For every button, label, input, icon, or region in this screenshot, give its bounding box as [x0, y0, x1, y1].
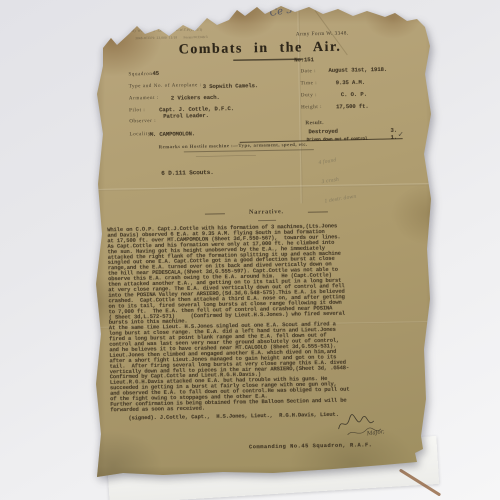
- pencil-note: 4 found: [318, 155, 351, 166]
- check-mark: ✓: [397, 130, 403, 139]
- document-paper-wrap: (3 39 38) W3848-778 1,000 8/18 C.W.T.P.(…: [93, 4, 440, 478]
- narrative-text: While on C.O.P. Capt.J.Cottle with his f…: [107, 222, 434, 413]
- field-value-height: 17,500 ft.: [336, 104, 369, 111]
- field-value-duty: C. O. P.: [341, 92, 367, 98]
- handwritten-mark: Ce 3: [269, 3, 294, 18]
- field-label-date: Date :: [300, 68, 316, 74]
- result-destroyed-value: 3.: [390, 128, 397, 134]
- document-title: Combats in the Air.: [120, 38, 400, 59]
- field-value-time: 9.35 A.M.: [336, 80, 365, 87]
- field-value-aeroplane: 3 Sopwith Camels.: [203, 83, 258, 90]
- pencil-note: 3 crash: [321, 174, 354, 185]
- remarks-value: 6 D.111 Scouts.: [161, 169, 214, 177]
- result-destroyed-label: Destroyed: [308, 129, 337, 136]
- photo-backdrop: (3 39 38) W3848-778 1,000 8/18 C.W.T.P.(…: [0, 0, 500, 500]
- rule-line: [184, 149, 314, 152]
- rule-line: [196, 155, 256, 157]
- printer-code-line2: 3848-W3379 23,000 11/18 Forms/W3348/3: [132, 35, 208, 40]
- printer-code: (3 39 38) W3848-778 1,000 8/18 C.W.T.P.(…: [122, 28, 208, 41]
- field-value-squadron: 45: [152, 71, 159, 77]
- commanding-line: Commanding No.45 Squadron, R.A.F.: [249, 442, 372, 450]
- printer-code-line1: (3 39 38) W3848-778 1,000 8/18 C.W.T.P.(…: [122, 28, 203, 33]
- title-underline: [233, 58, 303, 61]
- narrative-heading: Narrative.: [93, 205, 440, 219]
- rule-line: [258, 220, 276, 221]
- result-heading: Result.: [305, 120, 324, 126]
- field-label-aeroplane: Type and No. of Aeroplane :: [129, 82, 202, 89]
- field-label-armament: Armament :: [129, 95, 159, 101]
- signatures-line: (signed). J.Cottle, Capt., H.S.Jones, Li…: [128, 412, 338, 422]
- field-label-duty: Duty :: [301, 92, 317, 98]
- document-paper: (3 39 38) W3848-778 1,000 8/18 C.W.T.P.(…: [93, 4, 440, 478]
- field-label-time: Time :: [301, 80, 318, 86]
- field-label-height: Height :: [301, 104, 322, 110]
- signature-ink: [334, 411, 405, 442]
- field-value-observer: Patrol Leader.: [163, 113, 209, 120]
- report-number: No.151: [294, 57, 314, 63]
- field-label-observer: Observer :: [129, 118, 156, 124]
- pencil-note: 1 destr. down: [324, 193, 357, 204]
- document-content: (3 39 38) W3848-778 1,000 8/18 C.W.T.P.(…: [89, 1, 444, 481]
- field-value-armament: 2 Vickers each.: [171, 95, 220, 102]
- crease-line: [92, 183, 439, 191]
- field-label-pilot: Pilot :: [129, 107, 145, 113]
- field-value-locality: M. CAMPOMOLON.: [149, 131, 195, 138]
- field-value-date: August 31st, 1918.: [328, 67, 387, 74]
- form-reference: Army Form W. 3348.: [296, 31, 349, 37]
